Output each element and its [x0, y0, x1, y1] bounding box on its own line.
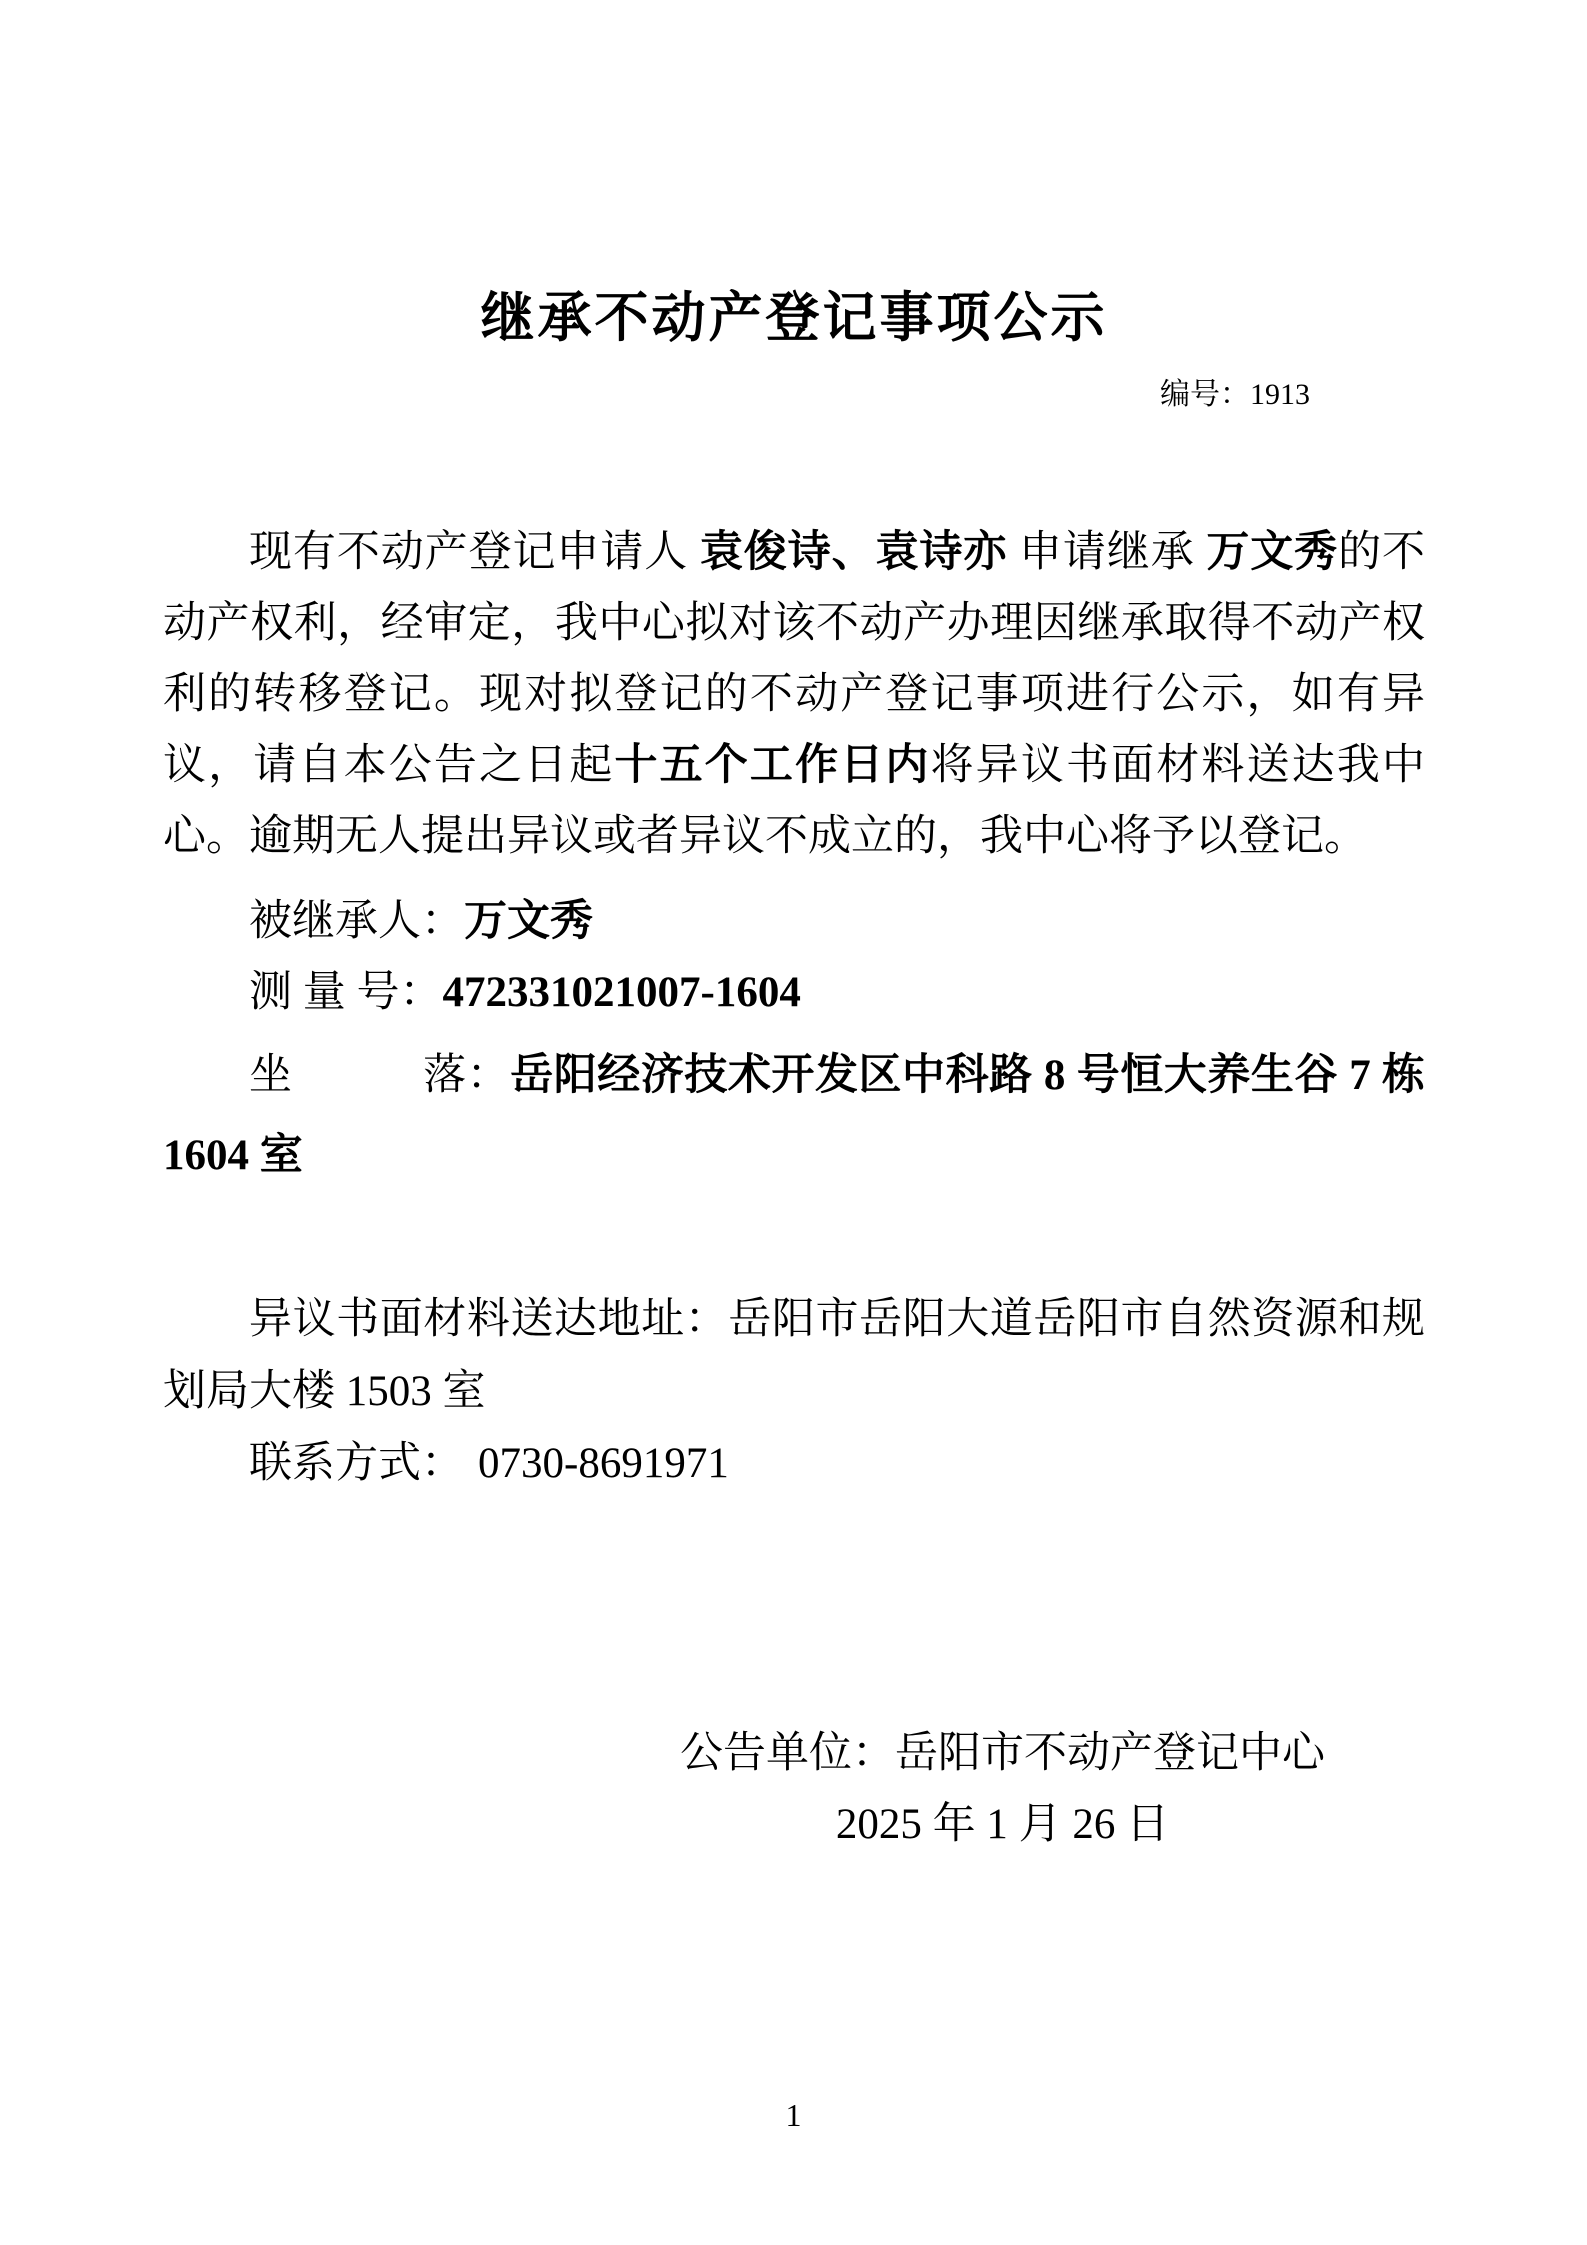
main-paragraph: 现有不动产登记申请人 袁俊诗、袁诗亦 申请继承 万文秀的不动产权利，经审定，我中… [163, 517, 1425, 872]
para1-text-2: 申请继承 [1007, 529, 1206, 576]
issuer-label: 公告单位： [680, 1730, 895, 1777]
page-title: 继承不动产登记事项公示 [163, 283, 1425, 353]
issuer-value: 岳阳市不动产登记中心 [895, 1730, 1325, 1777]
location-field: 坐 落：岳阳经济技术开发区中科路 8 号恒大养生谷 7 栋 1604 室 [163, 1036, 1425, 1196]
decedent-field: 被继承人：万文秀 [163, 886, 1425, 957]
para1-text-1: 现有不动产登记申请人 [249, 529, 700, 576]
contact-phone-value: 0730-8691971 [464, 1440, 729, 1487]
doc-number-label: 编号： [1160, 378, 1250, 411]
survey-number-value: 472331021007-1604 [443, 969, 801, 1016]
survey-number-label: 测 量 号： [249, 969, 443, 1016]
notice-document-page: 继承不动产登记事项公示 编号：1913 现有不动产登记申请人 袁俊诗、袁诗亦 申… [0, 0, 1587, 2245]
decedent-field-value: 万文秀 [464, 898, 593, 945]
issuer-line: 公告单位：岳阳市不动产登记中心 [680, 1718, 1325, 1789]
survey-number-field: 测 量 号：472331021007-1604 [163, 957, 1425, 1028]
footer-block: 公告单位：岳阳市不动产登记中心 2025 年 1 月 26 日 [680, 1718, 1325, 1860]
decedent-field-label: 被继承人： [249, 898, 464, 945]
date-line: 2025 年 1 月 26 日 [680, 1789, 1325, 1860]
applicants-names: 袁俊诗、袁诗亦 [700, 529, 1007, 576]
location-label: 坐 落： [249, 1052, 510, 1099]
doc-number-value: 1913 [1250, 378, 1310, 411]
doc-number: 编号：1913 [163, 371, 1425, 419]
decedent-name-inline: 万文秀 [1206, 529, 1338, 576]
page-number: 1 [0, 2097, 1587, 2133]
objection-address-paragraph: 异议书面材料送达地址：岳阳市岳阳大道岳阳市自然资源和规划局大楼 1503 室 [163, 1284, 1425, 1428]
deadline-emphasis: 十五个工作日内 [614, 742, 930, 789]
contact-field: 联系方式：0730-8691971 [163, 1428, 1425, 1500]
contact-label: 联系方式： [249, 1440, 464, 1487]
